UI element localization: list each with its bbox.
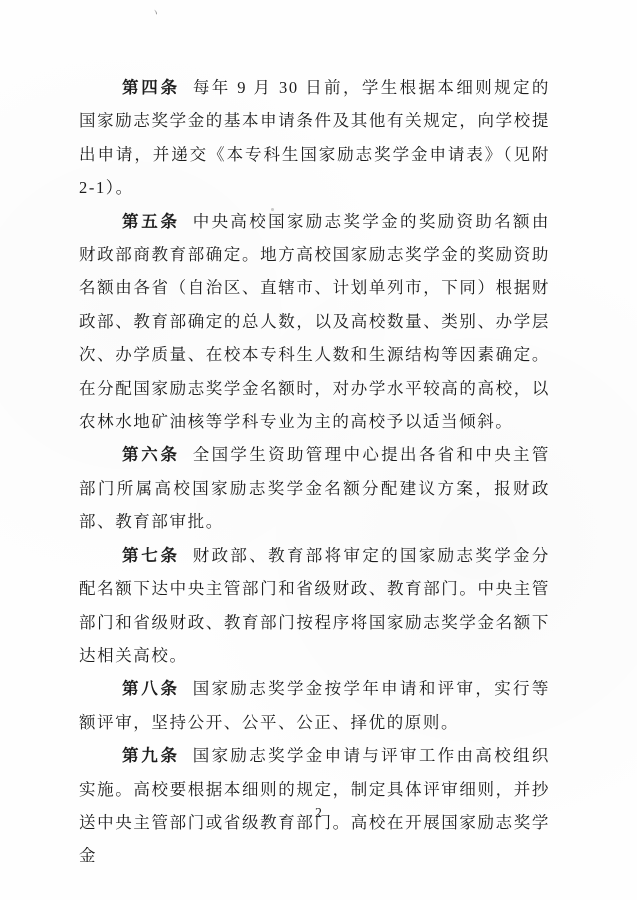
clause-number: 第四条 bbox=[122, 78, 180, 97]
document-page: ヽ 第四条每年 9 月 30 日前，学生根据本细则规定的国家励志奖学金的基本申请… bbox=[0, 0, 637, 900]
clause-article-5: 第五条中央高校国家励志奖学金的奖励资助名额由财政部商教育部确定。地方高校国家励志… bbox=[79, 205, 550, 439]
clause-number: 第六条 bbox=[122, 445, 180, 464]
clause-number: 第九条 bbox=[122, 746, 180, 765]
document-body: 第四条每年 9 月 30 日前，学生根据本细则规定的国家励志奖学金的基本申请条件… bbox=[79, 71, 550, 873]
scan-artifact: ヽ bbox=[148, 3, 162, 21]
clause-article-6: 第六条全国学生资助管理中心提出各省和中央主管部门所属高校国家励志奖学金名额分配建… bbox=[79, 438, 550, 538]
clause-number: 第五条 bbox=[122, 212, 180, 231]
clause-article-8: 第八条国家励志奖学金按学年申请和评审，实行等额评审，坚持公开、公平、公正、择优的… bbox=[79, 672, 550, 739]
clause-article-7: 第七条财政部、教育部将审定的国家励志奖学金分配名额下达中央主管部门和省级财政、教… bbox=[79, 539, 550, 673]
clause-number: 第七条 bbox=[122, 546, 180, 565]
clause-article-4: 第四条每年 9 月 30 日前，学生根据本细则规定的国家励志奖学金的基本申请条件… bbox=[79, 71, 550, 205]
clause-text: 中央高校国家励志奖学金的奖励资助名额由财政部商教育部确定。地方高校国家励志奖学金… bbox=[79, 212, 550, 431]
page-number: 2 bbox=[0, 806, 637, 822]
clause-number: 第八条 bbox=[122, 679, 180, 698]
